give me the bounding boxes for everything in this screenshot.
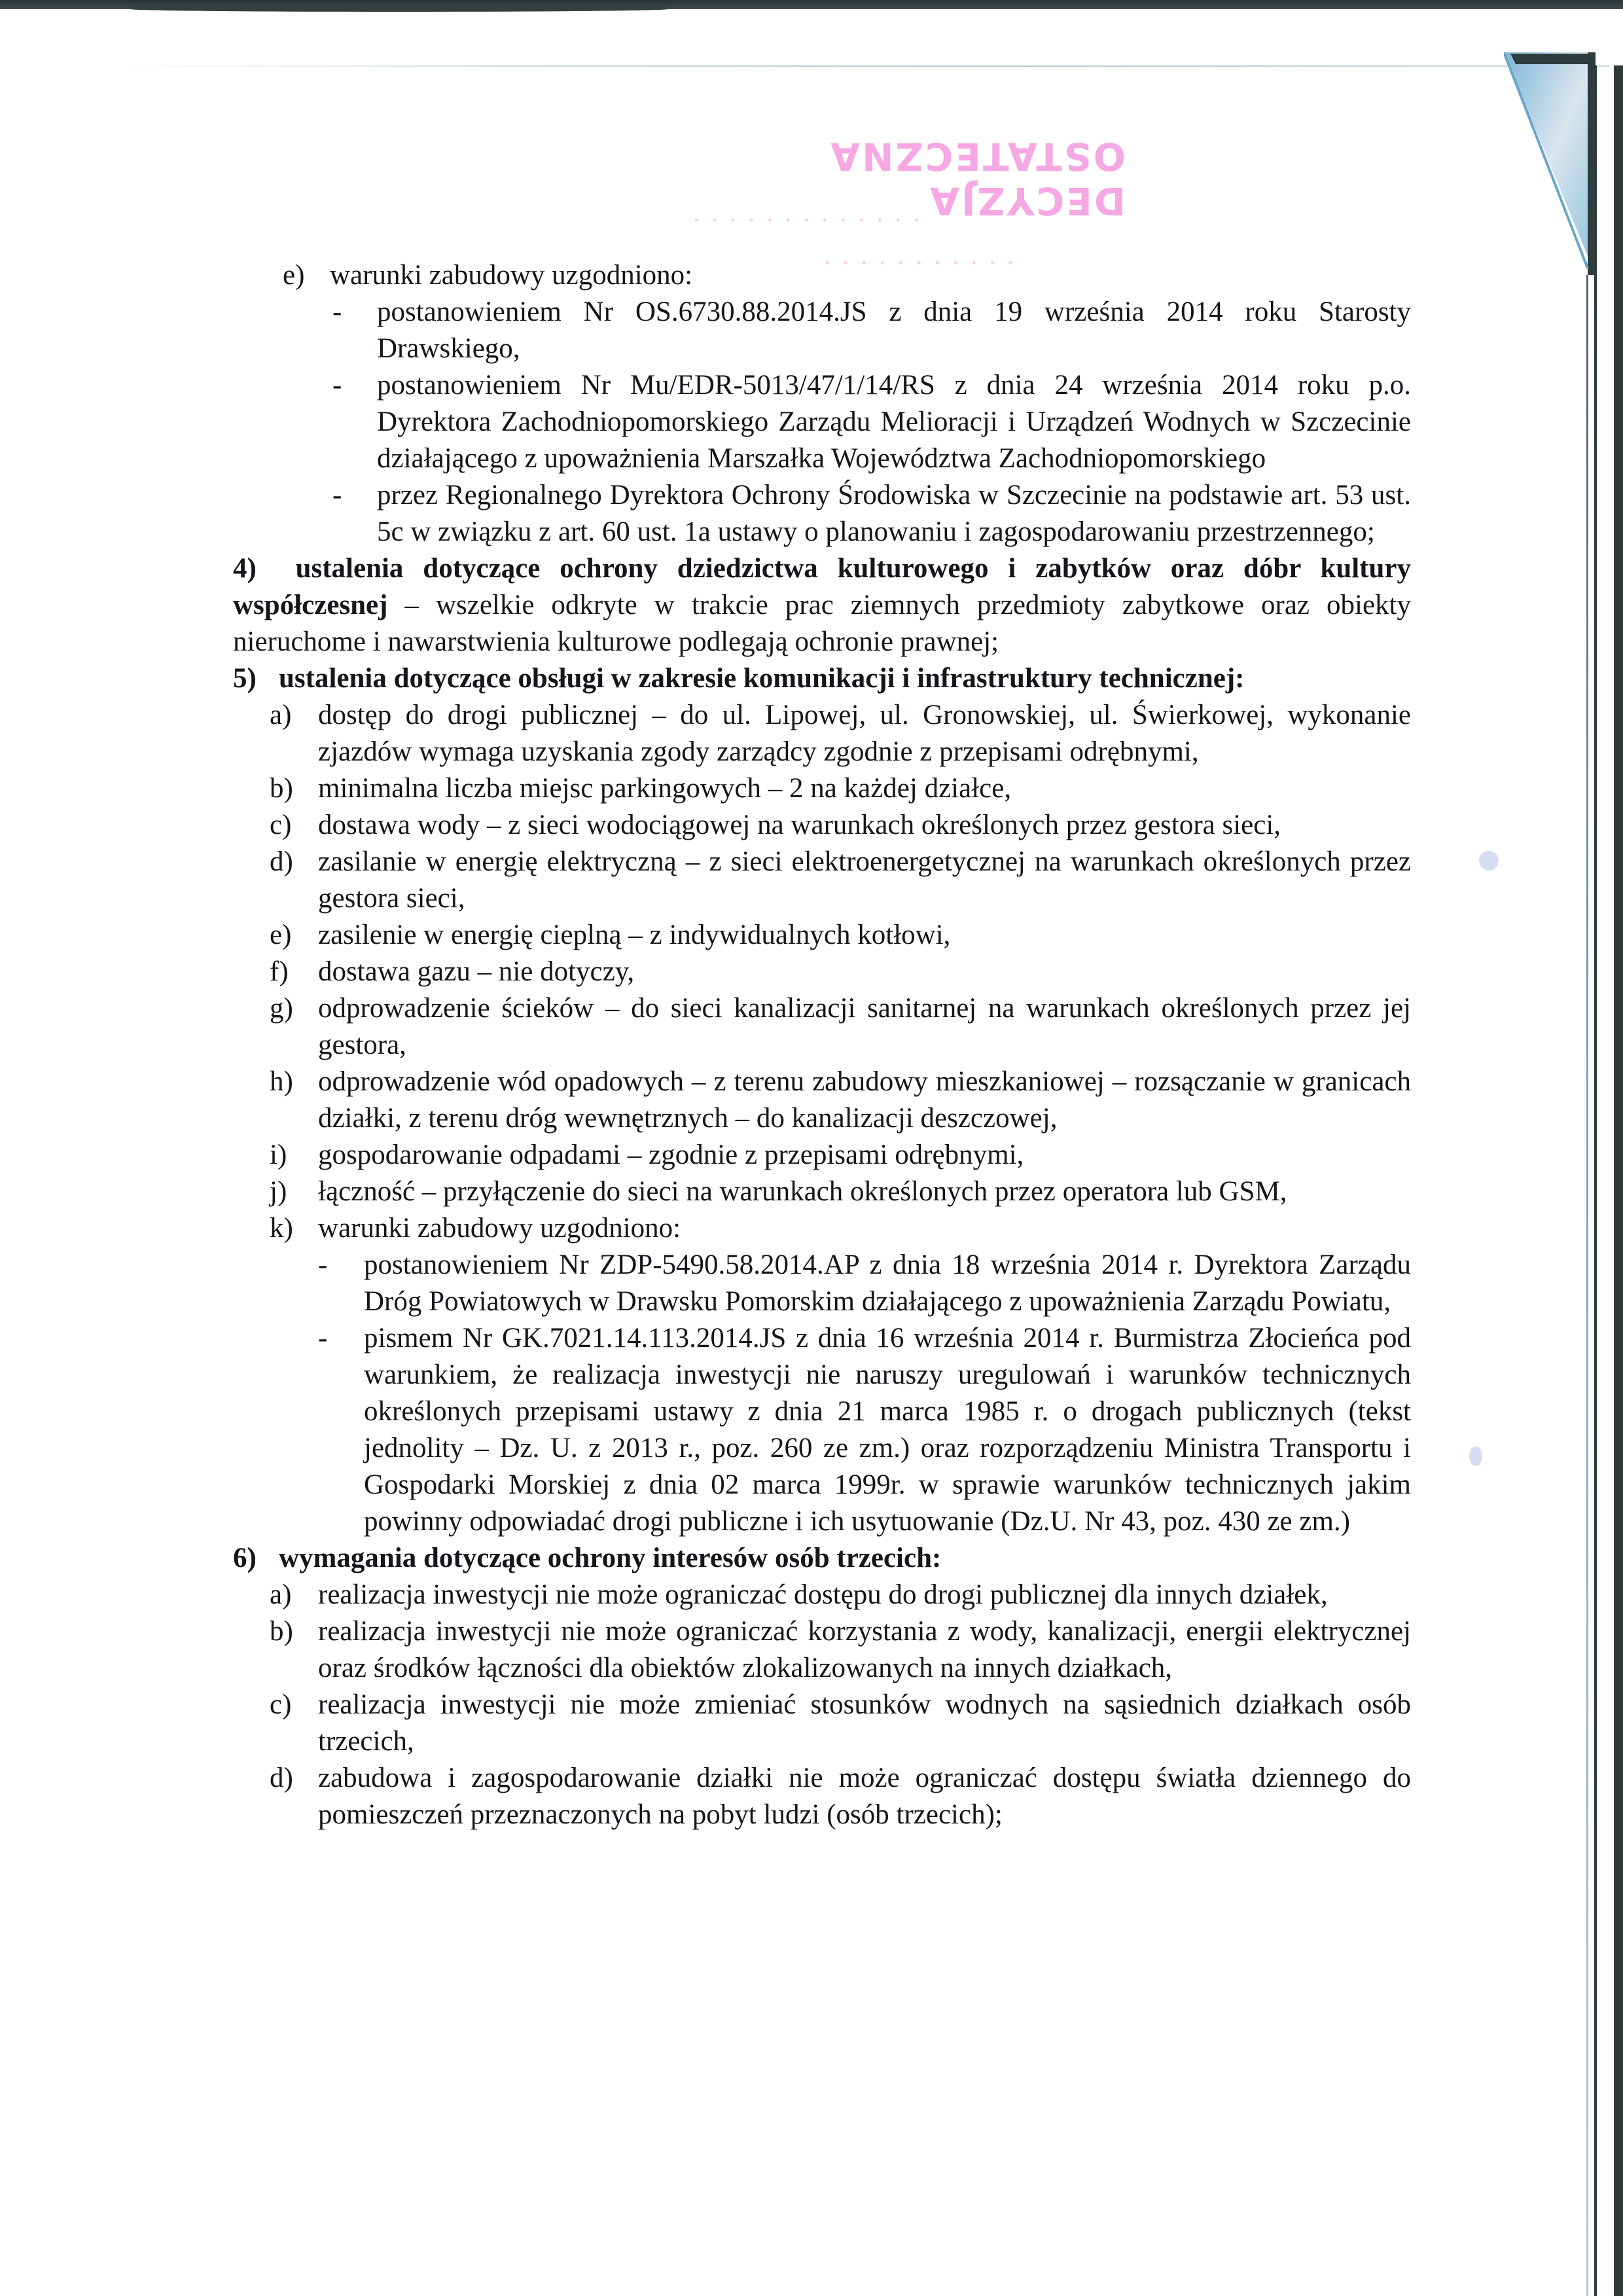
list-item-5d: d)zasilanie w energię elektryczną – z si… — [233, 844, 1411, 917]
list-item-text: postanowieniem Nr ZDP-5490.58.2014.AP z … — [364, 1249, 1411, 1317]
list-item-text: warunki zabudowy uzgodniono: — [318, 1213, 681, 1244]
list-item-5a: a)dostęp do drogi publicznej – do ul. Li… — [233, 697, 1411, 770]
list-item-3e: e) warunki zabudowy uzgodniono: — [233, 257, 1411, 294]
list-item-6a: a)realizacja inwestycji nie może ogranic… — [233, 1577, 1411, 1613]
dash-marker: - — [332, 477, 342, 514]
list-item-text: realizacja inwestycji nie może zmieniać … — [318, 1689, 1411, 1757]
list-item-text: minimalna liczba miejsc parkingowych – 2… — [318, 773, 1011, 804]
section-6: 6) wymagania dotyczące ochrony interesów… — [233, 1540, 1411, 1577]
list-item-5k-dash: -pismem Nr GK.7021.14.113.2014.JS z dnia… — [233, 1320, 1411, 1540]
list-item-6b: b)realizacja inwestycji nie może ogranic… — [233, 1613, 1411, 1687]
document-body: e) warunki zabudowy uzgodniono: - postan… — [233, 257, 1411, 1833]
list-item-text: przez Regionalnego Dyrektora Ochrony Śro… — [377, 480, 1411, 547]
list-item-text: odprowadzenie wód opadowych – z terenu z… — [318, 1066, 1411, 1134]
list-item-text: postanowieniem Nr Mu/EDR-5013/47/1/14/RS… — [377, 370, 1411, 474]
list-item-6c: c)realizacja inwestycji nie może zmienia… — [233, 1687, 1411, 1760]
dash-marker: - — [318, 1320, 327, 1357]
list-item-text: zasilenie w energię cieplną – z indywidu… — [318, 920, 950, 950]
list-marker: j) — [270, 1174, 287, 1210]
list-marker: e) — [283, 257, 304, 294]
list-item-5f: f)dostawa gazu – nie dotyczy, — [233, 954, 1411, 990]
list-item-text: odprowadzenie ścieków – do sieci kanaliz… — [318, 993, 1411, 1060]
section-marker: 5) — [233, 660, 257, 697]
list-marker: b) — [270, 770, 293, 807]
list-item-text: warunki zabudowy uzgodniono: — [330, 260, 692, 291]
list-item-5k-dash: -postanowieniem Nr ZDP-5490.58.2014.AP z… — [233, 1247, 1411, 1320]
list-item-5b: b)minimalna liczba miejsc parkingowych –… — [233, 770, 1411, 807]
list-item-text: postanowieniem Nr OS.6730.88.2014.JS z d… — [377, 296, 1411, 364]
list-item-text: gospodarowanie odpadami – zgodnie z prze… — [318, 1139, 1024, 1170]
list-item-text: realizacja inwestycji nie może ogranicza… — [318, 1579, 1328, 1610]
section-marker: 6) — [233, 1540, 257, 1577]
dash-marker: - — [332, 294, 342, 331]
scan-speck — [1479, 851, 1499, 870]
list-item-5h: h)odprowadzenie wód opadowych – z terenu… — [233, 1064, 1411, 1137]
list-item-text: dostawa wody – z sieci wodociągowej na w… — [318, 810, 1281, 840]
list-marker: i) — [270, 1137, 287, 1174]
stamp-decyzja-ostateczna: DECYZJA OSTATECZNA · · · · · · · · · · ·… — [654, 134, 1126, 272]
section-text: – wszelkie odkryte w trakcie prac ziemny… — [233, 590, 1411, 657]
section-4: 4) ustalenia dotyczące ochrony dziedzict… — [233, 550, 1411, 660]
list-marker: d) — [270, 844, 293, 880]
list-item-5g: g)odprowadzenie ścieków – do sieci kanal… — [233, 990, 1411, 1064]
list-item-5k: k)warunki zabudowy uzgodniono: — [233, 1210, 1411, 1247]
scan-right-edge-line — [1594, 65, 1597, 2296]
list-item-6d: d)zabudowa i zagospodarowanie działki ni… — [233, 1760, 1411, 1833]
list-marker: c) — [270, 1687, 291, 1723]
scan-right-blue-line — [1586, 275, 1588, 2296]
list-marker: k) — [270, 1210, 293, 1247]
list-marker: d) — [270, 1760, 293, 1797]
dash-marker: - — [318, 1247, 327, 1283]
list-marker: a) — [270, 1577, 291, 1613]
list-marker: g) — [270, 990, 293, 1027]
list-item-text: realizacja inwestycji nie może ogranicza… — [318, 1616, 1411, 1683]
list-marker: h) — [270, 1064, 293, 1100]
list-item-text: dostęp do drogi publicznej – do ul. Lipo… — [318, 700, 1411, 767]
page-top-edge — [118, 65, 1610, 67]
list-item-5i: i)gospodarowanie odpadami – zgodnie z pr… — [233, 1137, 1411, 1174]
list-item-5j: j)łączność – przyłączenie do sieci na wa… — [233, 1174, 1411, 1210]
section-heading: wymagania dotyczące ochrony interesów os… — [279, 1543, 941, 1573]
list-marker: f) — [270, 954, 289, 990]
scan-speck — [1469, 1446, 1482, 1466]
stamp-dots: · · · · · · · · · · · · · — [694, 213, 923, 229]
list-item-text: zasilanie w energię elektryczną – z siec… — [318, 846, 1411, 914]
section-heading: ustalenia dotyczące obsługi w zakresie k… — [279, 663, 1244, 694]
list-item-text: zabudowa i zagospodarowanie działki nie … — [318, 1763, 1411, 1830]
list-item-3e-dash: - postanowieniem Nr OS.6730.88.2014.JS z… — [233, 294, 1411, 367]
section-marker: 4) — [233, 553, 257, 584]
scan-right-border — [1614, 65, 1623, 2296]
list-item-3e-dash: - postanowieniem Nr Mu/EDR-5013/47/1/14/… — [233, 367, 1411, 477]
list-item-text: pismem Nr GK.7021.14.113.2014.JS z dnia … — [364, 1323, 1411, 1537]
list-item-3e-dash: - przez Regionalnego Dyrektora Ochrony Ś… — [233, 477, 1411, 550]
list-marker: b) — [270, 1613, 293, 1650]
folded-corner — [1504, 52, 1596, 275]
dash-marker: - — [332, 367, 342, 404]
scan-top-shadow — [131, 7, 668, 12]
list-marker: e) — [270, 917, 291, 954]
list-item-5e: e)zasilenie w energię cieplną – z indywi… — [233, 917, 1411, 954]
section-5: 5) ustalenia dotyczące obsługi w zakresi… — [233, 660, 1411, 697]
stamp-title: DECYZJA OSTATECZNA — [668, 134, 1126, 223]
list-marker: c) — [270, 807, 291, 844]
list-marker: a) — [270, 697, 291, 734]
list-item-5c: c)dostawa wody – z sieci wodociągowej na… — [233, 807, 1411, 844]
list-item-text: łączność – przyłączenie do sieci na waru… — [318, 1176, 1287, 1207]
list-item-text: dostawa gazu – nie dotyczy, — [318, 956, 634, 987]
